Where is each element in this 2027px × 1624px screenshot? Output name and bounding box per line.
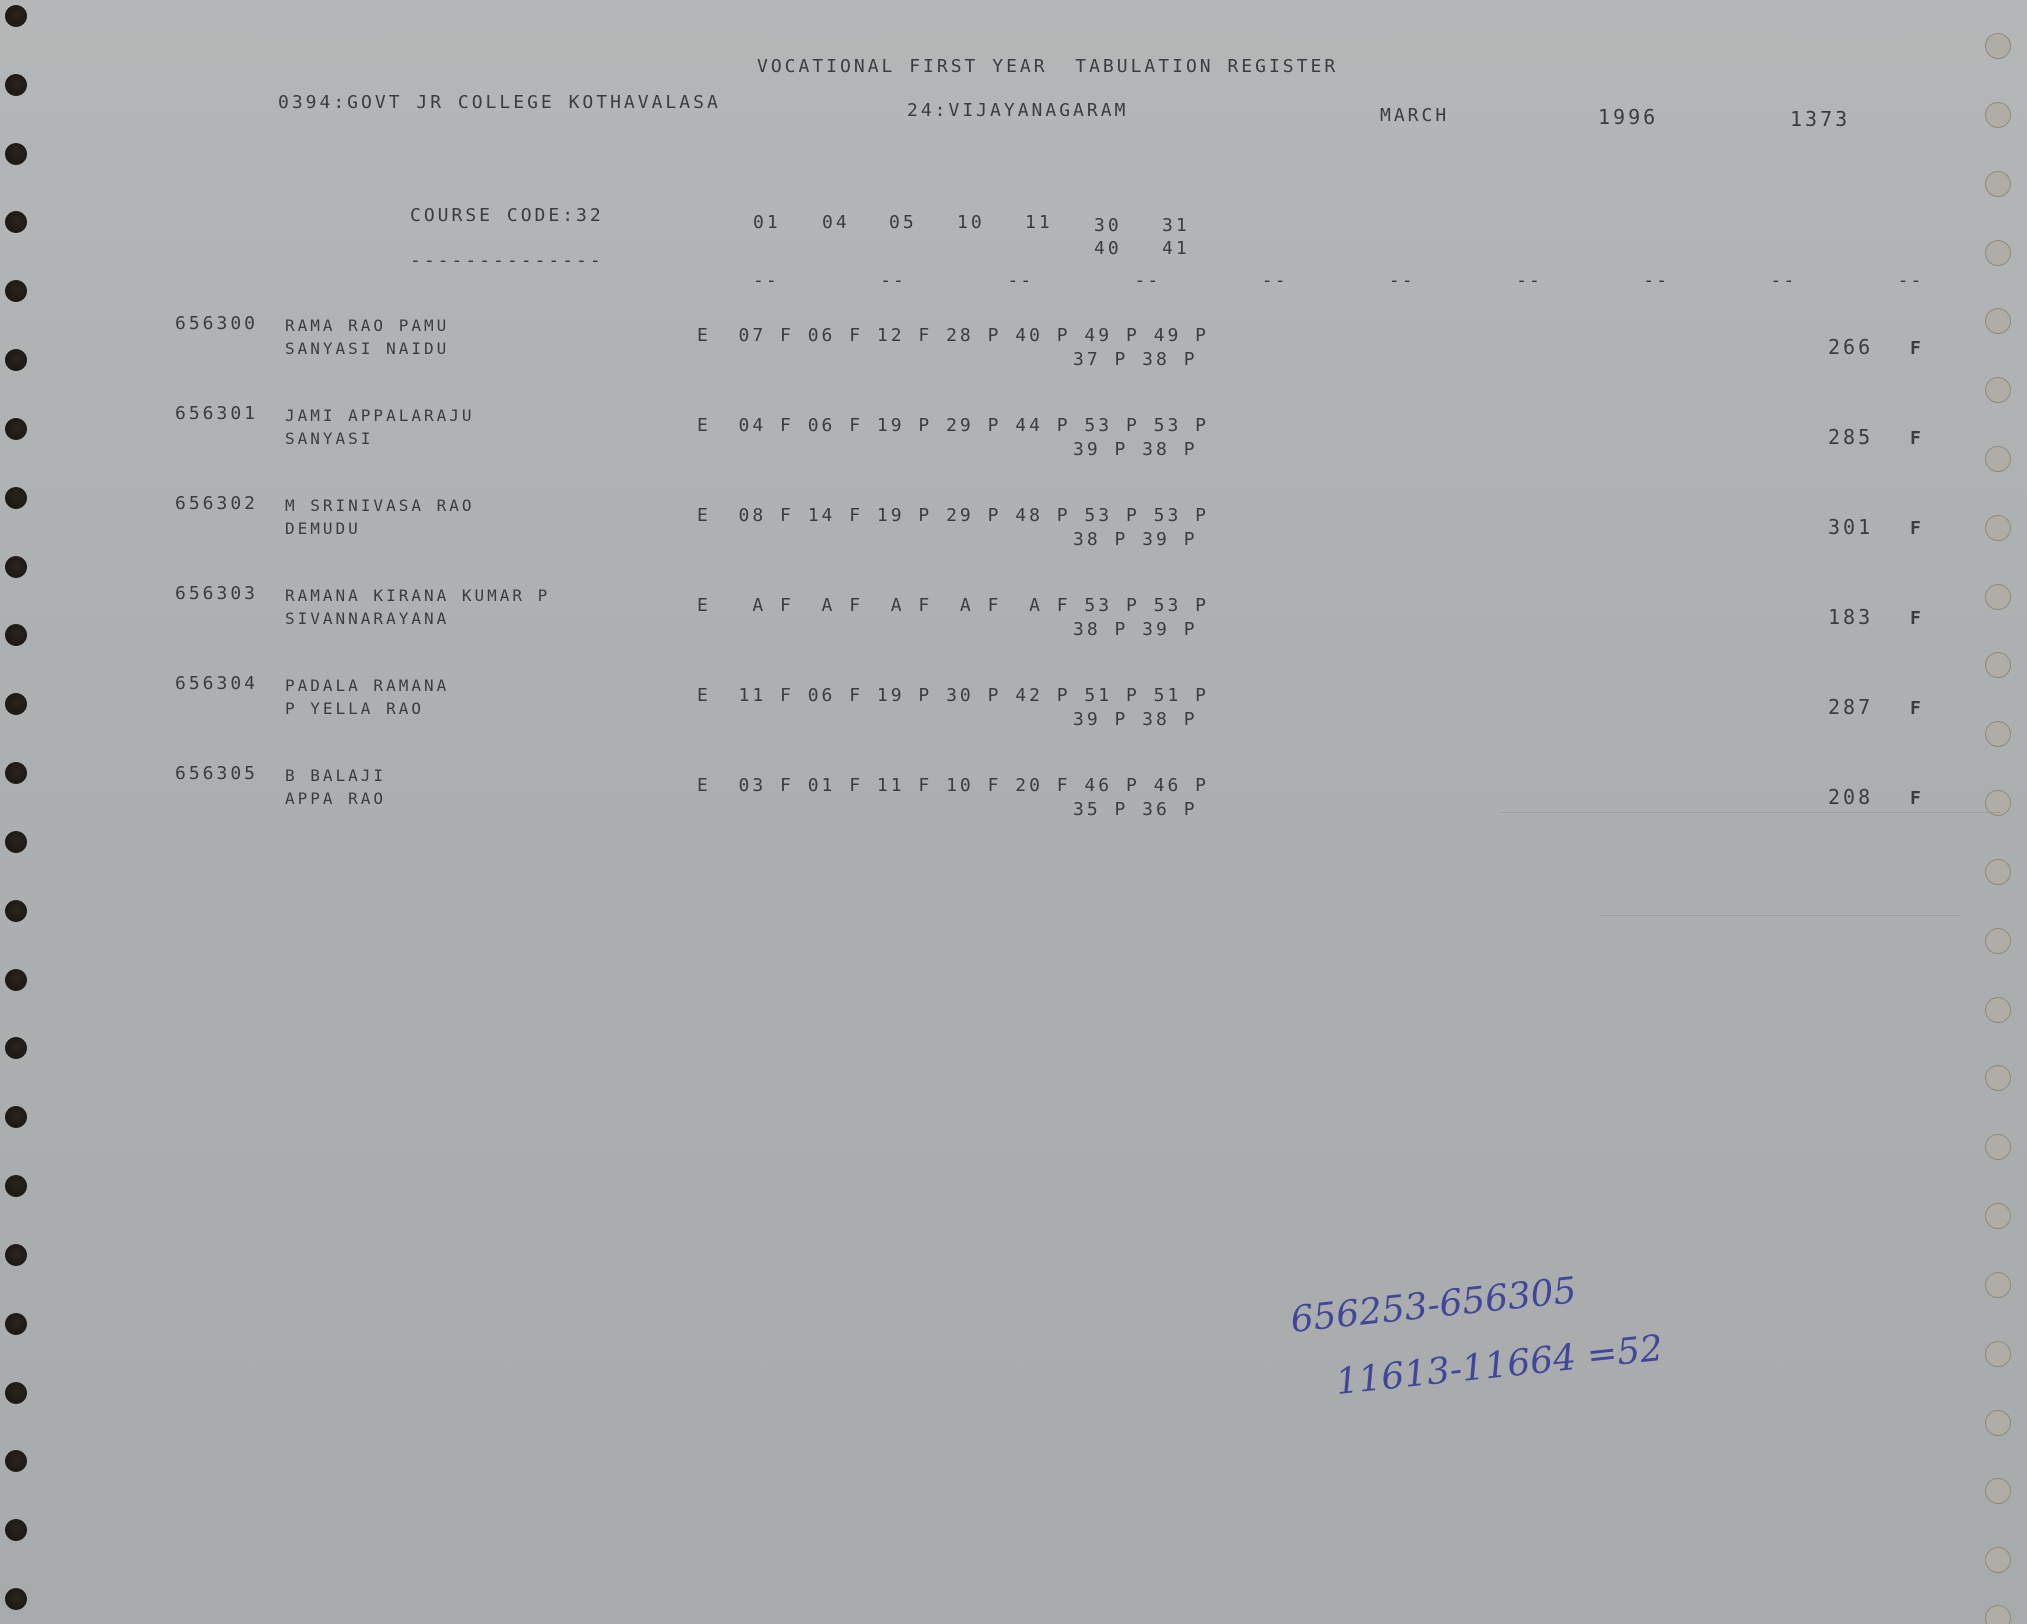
- result-status: F: [1910, 698, 1924, 719]
- subject-marks-part2: 37 P 38 P: [1073, 349, 1198, 370]
- feed-hole-icon: [1985, 1605, 2011, 1624]
- feed-hole-icon: [1985, 859, 2011, 885]
- total-marks: 266: [1828, 335, 1873, 359]
- father-name: DEMUDU: [285, 519, 361, 538]
- result-status: F: [1910, 338, 1924, 359]
- feed-hole-icon: [5, 831, 27, 853]
- feed-hole-icon: [5, 900, 27, 922]
- feed-hole-icon: [5, 1037, 27, 1059]
- feed-hole-icon: [5, 1519, 27, 1541]
- register-number: 656302: [175, 493, 258, 514]
- district-name: 24:VIJAYANAGARAM: [907, 100, 1128, 121]
- feed-hole-icon: [1985, 1410, 2011, 1436]
- subject-code: 31: [1162, 215, 1190, 236]
- subject-marks-part2: 39 P 38 P: [1073, 439, 1198, 460]
- feed-hole-icon: [1985, 1341, 2011, 1367]
- feed-hole-icon: [1985, 1065, 2011, 1091]
- feed-hole-icon: [1985, 377, 2011, 403]
- subject-marks: E A F A F A F A F A F 53 P 53 P: [697, 595, 1209, 616]
- feed-hole-icon: [5, 1313, 27, 1335]
- student-name: JAMI APPALARAJU: [285, 406, 475, 425]
- subject-code: 04: [822, 212, 850, 233]
- total-marks: 301: [1828, 515, 1873, 539]
- feed-hole-icon: [1985, 721, 2011, 747]
- subject-marks: E 03 F 01 F 11 F 10 F 20 F 46 P 46 P: [697, 775, 1209, 796]
- register-number: 656301: [175, 403, 258, 424]
- feed-hole-icon: [5, 349, 27, 371]
- subject-marks-part2: 35 P 36 P: [1073, 799, 1198, 820]
- total-marks: 287: [1828, 695, 1873, 719]
- student-name: M SRINIVASA RAO: [285, 496, 475, 515]
- feed-hole-icon: [5, 74, 27, 96]
- feed-hole-icon: [1985, 1134, 2011, 1160]
- register-number: 656303: [175, 583, 258, 604]
- register-title: VOCATIONAL FIRST YEAR TABULATION REGISTE…: [757, 56, 1338, 77]
- feed-hole-icon: [5, 624, 27, 646]
- feed-hole-icon: [5, 1450, 27, 1472]
- feed-hole-icon: [1985, 928, 2011, 954]
- father-name: SANYASI: [285, 429, 373, 448]
- feed-hole-icon: [5, 211, 27, 233]
- result-status: F: [1910, 518, 1924, 539]
- course-code-underline: --------------: [410, 250, 604, 271]
- feed-hole-icon: [1985, 997, 2011, 1023]
- feed-hole-icon: [1985, 515, 2011, 541]
- register-number: 656304: [175, 673, 258, 694]
- total-marks: 208: [1828, 785, 1873, 809]
- student-name: B BALAJI: [285, 766, 386, 785]
- subject-marks-part2: 38 P 39 P: [1073, 529, 1198, 550]
- feed-hole-icon: [5, 143, 27, 165]
- father-name: SANYASI NAIDU: [285, 339, 449, 358]
- subject-marks: E 11 F 06 F 19 P 30 P 42 P 51 P 51 P: [697, 685, 1209, 706]
- student-name: RAMA RAO PAMU: [285, 316, 449, 335]
- subject-code: 05: [889, 212, 917, 233]
- result-status: F: [1910, 608, 1924, 629]
- student-name: PADALA RAMANA: [285, 676, 449, 695]
- subject-code: 11: [1025, 212, 1053, 233]
- feed-hole-icon: [5, 556, 27, 578]
- column-separators: -- -- -- -- -- -- -- -- -- -- -- -- -- -…: [753, 270, 2027, 291]
- feed-hole-icon: [5, 280, 27, 302]
- college-name: 0394:GOVT JR COLLEGE KOTHAVALASA: [278, 92, 721, 113]
- subject-marks-part2: 39 P 38 P: [1073, 709, 1198, 730]
- exam-year: 1996: [1598, 105, 1658, 129]
- carbon-smudge-line: [1500, 812, 2000, 813]
- subject-code: 41: [1162, 238, 1190, 259]
- subject-code: 01: [753, 212, 781, 233]
- subject-code: 40: [1094, 238, 1122, 259]
- result-status: F: [1910, 788, 1924, 809]
- course-code: COURSE CODE:32: [410, 205, 604, 226]
- feed-hole-icon: [5, 1382, 27, 1404]
- feed-hole-icon: [1985, 652, 2011, 678]
- feed-hole-icon: [5, 5, 27, 27]
- feed-hole-icon: [1985, 308, 2011, 334]
- father-name: P YELLA RAO: [285, 699, 424, 718]
- feed-hole-icon: [5, 1175, 27, 1197]
- subject-marks: E 04 F 06 F 19 P 29 P 44 P 53 P 53 P: [697, 415, 1209, 436]
- feed-hole-icon: [1985, 240, 2011, 266]
- subject-marks: E 07 F 06 F 12 F 28 P 40 P 49 P 49 P: [697, 325, 1209, 346]
- feed-hole-icon: [5, 418, 27, 440]
- register-number: 656305: [175, 763, 258, 784]
- feed-hole-icon: [5, 1588, 27, 1610]
- feed-hole-icon: [5, 1106, 27, 1128]
- feed-hole-icon: [1985, 1203, 2011, 1229]
- feed-hole-icon: [5, 693, 27, 715]
- student-name: RAMANA KIRANA KUMAR P: [285, 586, 550, 605]
- father-name: APPA RAO: [285, 789, 386, 808]
- total-marks: 183: [1828, 605, 1873, 629]
- feed-hole-icon: [5, 969, 27, 991]
- result-status: F: [1910, 428, 1924, 449]
- feed-hole-icon: [1985, 584, 2011, 610]
- total-marks: 285: [1828, 425, 1873, 449]
- subject-code: 30: [1094, 215, 1122, 236]
- feed-hole-icon: [5, 487, 27, 509]
- feed-hole-icon: [1985, 1272, 2011, 1298]
- father-name: SIVANNARAYANA: [285, 609, 449, 628]
- exam-month: MARCH: [1380, 105, 1449, 126]
- subject-code: 10: [957, 212, 985, 233]
- feed-hole-icon: [1985, 1478, 2011, 1504]
- feed-hole-icon: [1985, 1547, 2011, 1573]
- page-number: 1373: [1790, 107, 1850, 131]
- feed-hole-icon: [1985, 446, 2011, 472]
- feed-hole-icon: [1985, 171, 2011, 197]
- feed-hole-icon: [1985, 33, 2011, 59]
- feed-hole-icon: [5, 762, 27, 784]
- subject-marks-part2: 38 P 39 P: [1073, 619, 1198, 640]
- feed-hole-icon: [5, 1244, 27, 1266]
- feed-hole-icon: [1985, 102, 2011, 128]
- register-number: 656300: [175, 313, 258, 334]
- carbon-smudge-line: [1600, 915, 1960, 916]
- subject-marks: E 08 F 14 F 19 P 29 P 48 P 53 P 53 P: [697, 505, 1209, 526]
